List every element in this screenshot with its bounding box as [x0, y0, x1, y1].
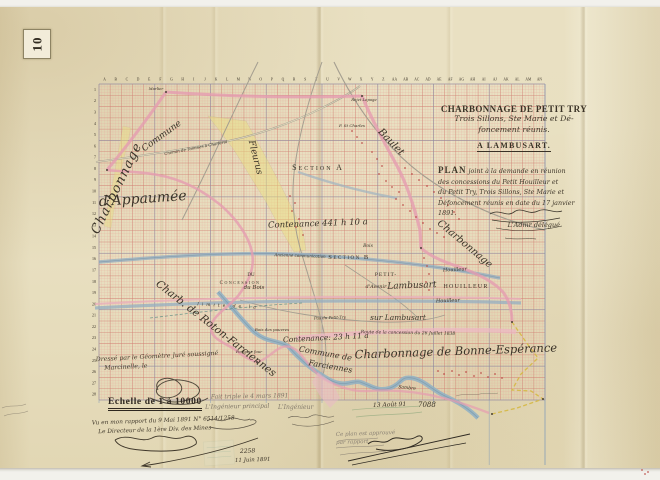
label-contenance-b: Contenance: 23 h 11 a: [283, 331, 369, 344]
archive-number: 10: [29, 37, 45, 52]
svg-text:U: U: [326, 78, 329, 82]
label-sur-lambusart: sur Lambusart: [370, 313, 427, 322]
scale-label: Echelle de 1 à 10000: [108, 397, 202, 411]
svg-text:19: 19: [92, 290, 96, 295]
svg-text:3: 3: [94, 110, 96, 115]
svg-text:AC: AC: [414, 78, 420, 82]
engineer-line-1: Fait triple le 4 mars 1891: [205, 391, 289, 403]
svg-text:23: 23: [92, 335, 96, 340]
svg-text:J: J: [204, 78, 206, 82]
grid-column-letters: ABCDEFGHIJKLMNOPQRSTUVWXYZAAABACADAEAFAG…: [103, 78, 542, 82]
svg-text:AN: AN: [537, 78, 543, 82]
map-drawing: ABCDEFGHIJKLMNOPQRSTUVWXYZAAABACADAEAFAG…: [0, 0, 660, 480]
signatory-title: L'Admr délégué: [438, 221, 590, 229]
label-houilleur-b: Houilleur: [435, 298, 461, 305]
map-subtitle-2: foncement réunis.: [438, 125, 590, 136]
svg-text:L: L: [226, 78, 228, 82]
svg-text:AM: AM: [525, 78, 532, 82]
svg-text:AE: AE: [437, 78, 443, 82]
corner-scribble: [2, 404, 28, 416]
plan-line-3: du Petit Try, Trois Sillons, Ste Marie e…: [438, 187, 590, 198]
archive-number-box: 10: [23, 29, 51, 59]
plan-word: PLAN: [438, 165, 467, 175]
label-avenir: d'Avenir: [366, 284, 388, 290]
approval-note: Ce plan est approuvé par rapport: [336, 429, 396, 448]
svg-text:AH: AH: [470, 78, 476, 82]
stamp-date: 11 Juin 1891: [235, 457, 271, 464]
label-du-bois: du Bois: [244, 285, 265, 291]
label-fontaine-four: Fontaine four: [235, 349, 262, 354]
svg-text:15: 15: [92, 245, 96, 250]
label-bois: Bois: [362, 243, 373, 249]
svg-text:28: 28: [92, 392, 96, 397]
label-section-b: Section B: [328, 254, 369, 261]
svg-text:R: R: [293, 78, 296, 82]
svg-text:AF: AF: [448, 78, 453, 82]
svg-text:22: 22: [92, 324, 96, 329]
svg-text:P: P: [271, 78, 273, 82]
title-block: CHARBONNAGE DE PETIT TRY Trois Sillons, …: [438, 104, 590, 229]
svg-text:I: I: [193, 78, 195, 82]
label-chemin: Chemin de Tamines à Charleroi: [164, 139, 229, 156]
svg-text:7: 7: [94, 155, 96, 160]
svg-text:C: C: [126, 78, 129, 82]
registry-number: 7088: [418, 401, 436, 409]
engineer-line-2: L'Ingénieur principal: [205, 401, 289, 413]
svg-text:Z: Z: [382, 78, 384, 82]
map-title: CHARBONNAGE DE PETIT TRY: [438, 104, 590, 114]
svg-text:AL: AL: [515, 78, 520, 82]
svg-text:B: B: [115, 78, 118, 82]
svg-text:11: 11: [92, 200, 96, 205]
svg-text:2: 2: [94, 98, 96, 103]
svg-text:5: 5: [94, 132, 96, 137]
svg-text:M: M: [237, 78, 241, 82]
svg-text:K: K: [215, 78, 218, 82]
label-rejet-lepage: Rejet Lepage: [350, 97, 377, 102]
label-st-charles: F. St Charles: [338, 123, 365, 128]
svg-text:AG: AG: [459, 78, 465, 82]
svg-text:4: 4: [94, 121, 96, 126]
svg-text:G: G: [170, 78, 173, 82]
plan-line-2: des concessions du Petit Houilleur et: [438, 177, 590, 188]
plan-note: PLANjoint à la demande en réunion des co…: [438, 165, 590, 219]
svg-text:AA: AA: [392, 78, 398, 82]
svg-text:Q: Q: [282, 78, 285, 82]
label-contenance-a: Contenance 441 h 10 a: [268, 217, 368, 230]
svg-text:9: 9: [94, 177, 96, 182]
label-bois-des-pauvres: Bois des pauvres: [254, 327, 289, 332]
engineer-note: Fait triple le 4 mars 1891 L'Ingénieur p…: [205, 391, 289, 413]
svg-text:17: 17: [92, 268, 96, 273]
svg-text:10: 10: [92, 189, 96, 194]
svg-text:8: 8: [94, 166, 96, 171]
green-registry-lines: [352, 406, 422, 417]
svg-text:AK: AK: [503, 78, 509, 82]
svg-text:A: A: [103, 78, 106, 82]
svg-text:24: 24: [92, 347, 96, 352]
svg-text:E: E: [148, 78, 151, 82]
svg-text:27: 27: [92, 380, 96, 385]
map-subtitle-1: Trois Sillons, Ste Marie et Dé-: [438, 114, 590, 125]
plan-line-1: joint à la demande en réunion: [469, 167, 566, 175]
label-du: DU: [247, 273, 255, 278]
svg-text:AJ: AJ: [493, 78, 498, 82]
svg-text:21: 21: [92, 313, 96, 318]
label-petit: PETIT-: [375, 272, 397, 278]
plan-line-4: Défoncement réunis en date du 17 janvier…: [438, 198, 590, 219]
svg-text:18: 18: [92, 279, 96, 284]
svg-text:D: D: [137, 78, 140, 82]
svg-text:6: 6: [94, 143, 96, 148]
grid-row-numbers: 1234567891011121314151617181920212223242…: [92, 87, 96, 397]
svg-text:AD: AD: [425, 78, 431, 82]
stamp-number: 2258: [239, 447, 256, 455]
engineer-note-2: L'Ingénieur: [278, 404, 313, 411]
label-houilleur-caps: HOUILLEUR: [443, 284, 488, 290]
svg-text:Y: Y: [371, 78, 374, 82]
map-location: A LAMBUSART.: [477, 141, 551, 152]
scanned-map-photo: ABCDEFGHIJKLMNOPQRSTUVWXYZAAABACADAEAFAG…: [0, 0, 660, 480]
svg-text:F: F: [159, 78, 161, 82]
svg-text:AI: AI: [482, 78, 487, 82]
svg-text:V: V: [337, 78, 340, 82]
svg-text:H: H: [181, 78, 184, 82]
engineer2-signature: [288, 415, 334, 426]
svg-text:AB: AB: [403, 78, 409, 82]
label-ancienne-communication: Ancienne communication: [273, 252, 326, 259]
svg-text:S: S: [304, 78, 306, 82]
svg-text:16: 16: [92, 256, 96, 261]
svg-text:W: W: [348, 78, 352, 82]
svg-text:O: O: [259, 78, 262, 82]
label-marlier: Marlier: [148, 86, 164, 91]
label-lambusart: Lambusart: [386, 280, 437, 292]
svg-text:X: X: [360, 78, 363, 82]
label-section-a: Section A: [292, 163, 344, 172]
svg-text:1: 1: [94, 87, 96, 92]
